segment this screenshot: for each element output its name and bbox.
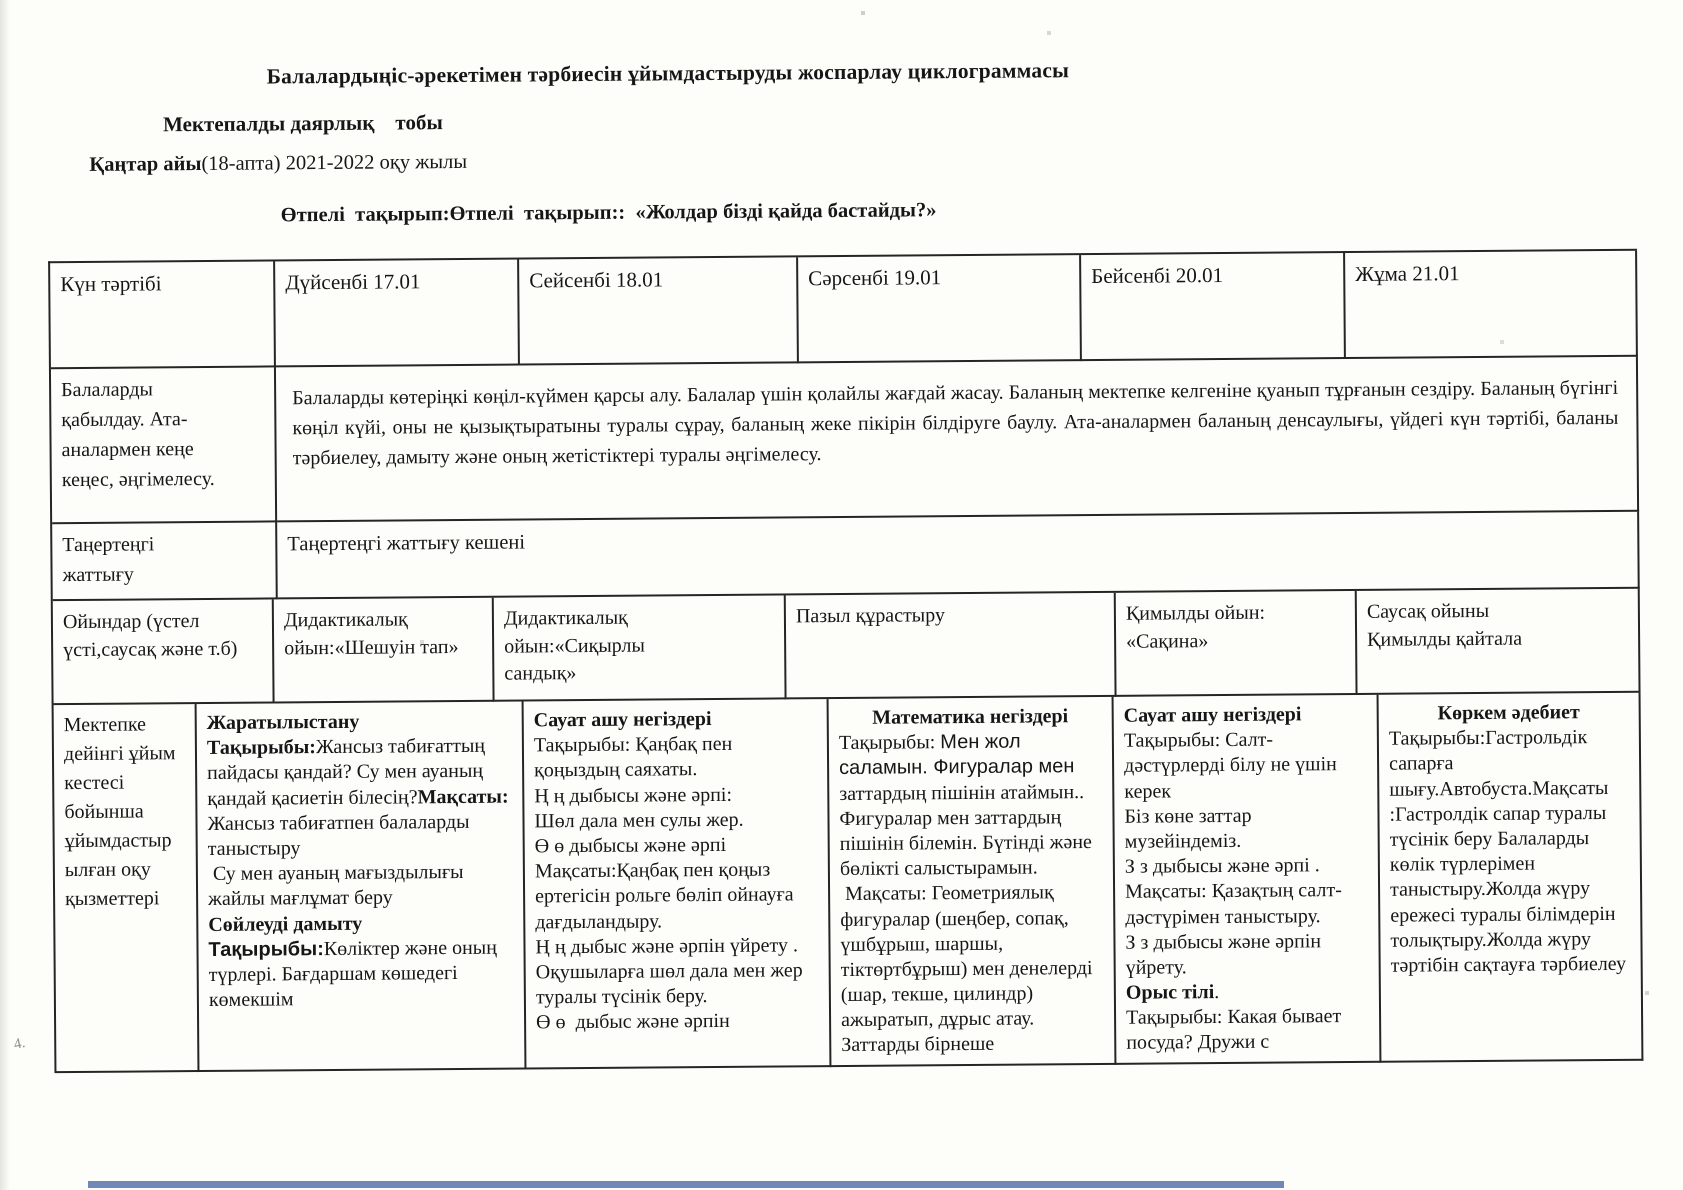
reception-content: Балаларды көтеріңкі көңіл-күймен қарсы а… — [276, 357, 1639, 523]
text-line: Біз көне заттар музейіндеміз. — [1124, 803, 1367, 855]
games-friday-cell: Саусақ ойыны Қимылды қайтала — [1357, 589, 1641, 695]
games-label: Ойындар (үстел үсті,саусақ және т.б) — [53, 599, 275, 705]
subject-heading: Математика негіздері — [839, 704, 1102, 731]
topic-label: Тақырыбы: — [208, 938, 323, 961]
scanner-edge-artifact — [88, 1181, 1284, 1188]
page-content: Балалардыңіс-әрекетімен тәрбиесін ұйымда… — [0, 0, 1683, 1190]
games-monday-cell: Дидактикалық ойын:«Шешуін тап» — [274, 598, 495, 704]
activities-thursday-cell: Сауат ашу негіздері Тақырыбы: Салт-дәстү… — [1114, 695, 1382, 1065]
table-header-row: Күн тәртібі Дүйсенбі 17.01 Сейсенбі 18.0… — [50, 251, 1638, 369]
month-label: Қаңтар айы — [89, 153, 201, 176]
subject-heading: Орыс тілі. — [1126, 979, 1369, 1006]
subject-tail: . — [1214, 981, 1219, 1003]
header-wednesday: Сәрсенбі 19.01 — [798, 255, 1082, 363]
text-line: Тақырыбы: Салт-дәстүрлерді білу не үшін … — [1124, 727, 1368, 804]
topic-label: Тақырыбы: — [839, 731, 941, 754]
header-monday: Дүйсенбі 17.01 — [275, 260, 520, 368]
activities-friday-cell: Көркем әдебиет Тақырыбы:Гастрольдік сапа… — [1379, 693, 1644, 1063]
text-line: Ө ө дыбыс және әрпін — [536, 1008, 819, 1035]
text-line: З з дыбысы және әрпін үйрету. — [1125, 929, 1368, 981]
subject-heading: Жаратылыстану — [207, 709, 512, 737]
text-line: Ң ң дыбысы және әрпі: — [534, 782, 817, 809]
games-tuesday-cell: Дидактикалық ойын:«Сиқырлы сандық» — [494, 595, 787, 701]
text-line: Ө ө дыбысы және әрпі — [535, 832, 818, 859]
morning-exercise-row: Таңертеңгі жаттығу Таңертеңгі жаттығу ке… — [52, 512, 1640, 601]
scan-noise — [0, 0, 2, 2]
text-line: Шөл дала мен сулы жер. — [534, 807, 817, 834]
activities-monday-cell: Жаратылыстану Тақырыбы:Жансыз табиғаттың… — [197, 701, 527, 1072]
text-line: Мақсаты: Қазақтың салт-дәстүрімен таныст… — [1125, 878, 1368, 930]
header-friday: Жұма 21.01 — [1345, 251, 1638, 359]
text-line: Ң ң дыбыс және әрпін үйрету . — [535, 933, 818, 960]
subject-heading: Көркем әдебиет — [1389, 700, 1629, 727]
subject-heading: Сауат ашу негіздері — [534, 706, 817, 733]
subject-label: Орыс тілі — [1126, 981, 1215, 1004]
text-line: Су мен ауаның мағыздылығы жайлы мағлұмат… — [208, 860, 513, 913]
games-thursday-cell: Қимылды ойын: «Сақина» — [1116, 591, 1358, 697]
cyclogram-table: Күн тәртібі Дүйсенбі 17.01 Сейсенбі 18.0… — [48, 249, 1643, 1073]
text-line: Тақырыбы: Мен жол саламын. Фигуралар мен… — [839, 729, 1103, 807]
text-line: З з дыбысы және әрпі . — [1125, 853, 1368, 880]
text-line: Мақсаты:Қаңбақ пен қоңыз ертегісін рольг… — [535, 857, 819, 935]
goal-label: Мақсаты: — [417, 785, 508, 808]
text-line: Тақырыбы: Қаңбақ пен қоңыздың саяхаты. — [534, 731, 817, 784]
reception-label: Балаларды қабылдау. Ата- аналармен кеңе … — [51, 367, 277, 524]
reception-row: Балаларды қабылдау. Ата- аналармен кеңе … — [51, 357, 1639, 524]
text-line: Оқушыларға шөл дала мен жер туралы түсін… — [536, 958, 819, 1011]
activities-label: Мектепке дейінгі ұйым кестесі бойынша ұй… — [54, 704, 200, 1073]
document-title: Балалардыңіс-әрекетімен тәрбиесін ұйымда… — [267, 58, 1070, 89]
text-line: Тақырыбы:Жансыз табиғаттың пайдасы қанда… — [207, 734, 513, 862]
activities-wednesday-cell: Математика негіздері Тақырыбы: Мен жол с… — [829, 697, 1117, 1067]
text-line: Тақырыбы: Какая бывает посуда? Дружи с — [1126, 1004, 1369, 1056]
year-label: (18-апта) 2021-2022 оқу жылы — [201, 151, 467, 175]
text-line: Тақырыбы:Көліктер және оның түрлері. Бағ… — [208, 935, 514, 1013]
text-line: Мақсаты: Геометриялық фигуралар (шеңбер,… — [840, 880, 1104, 1058]
text-line: Тақырыбы:Гастрольдік сапарға шығу.Автобу… — [1389, 725, 1631, 979]
header-day-regime: Күн тәртібі — [50, 261, 276, 369]
morning-content: Таңертеңгі жаттығу кешені — [277, 512, 1640, 600]
header-thursday: Бейсенбі 20.01 — [1081, 253, 1346, 361]
topic-label: Тақырыбы: — [207, 736, 316, 759]
games-wednesday-cell: Пазыл құрастыру — [786, 593, 1117, 700]
subject-heading: Сөйлеуді дамыту — [208, 910, 513, 938]
activities-row: Мектепке дейінгі ұйым кестесі бойынша ұй… — [54, 693, 1644, 1073]
group-line: Мектепалды даярлық тобы — [163, 110, 443, 137]
text-line: Фигуралар мен заттардың пішінін білемін.… — [839, 805, 1103, 883]
scanned-document-page: Балалардыңіс-әрекетімен тәрбиесін ұйымда… — [0, 0, 1683, 1190]
month-week-line: Қаңтар айы(18-апта) 2021-2022 оқу жылы — [89, 151, 467, 177]
games-row: Ойындар (үстел үсті,саусақ және т.б) Дид… — [53, 589, 1641, 705]
transition-theme-line: Өтпелі тақырып:Өтпелі тақырып:: «Жолдар … — [281, 199, 937, 227]
header-tuesday: Сейсенбі 18.01 — [519, 257, 799, 365]
subject-heading: Сауат ашу негіздері — [1124, 702, 1367, 729]
activities-tuesday-cell: Сауат ашу негіздері Тақырыбы: Қаңбақ пен… — [524, 699, 832, 1069]
morning-label: Таңертеңгі жаттығу — [52, 522, 278, 601]
